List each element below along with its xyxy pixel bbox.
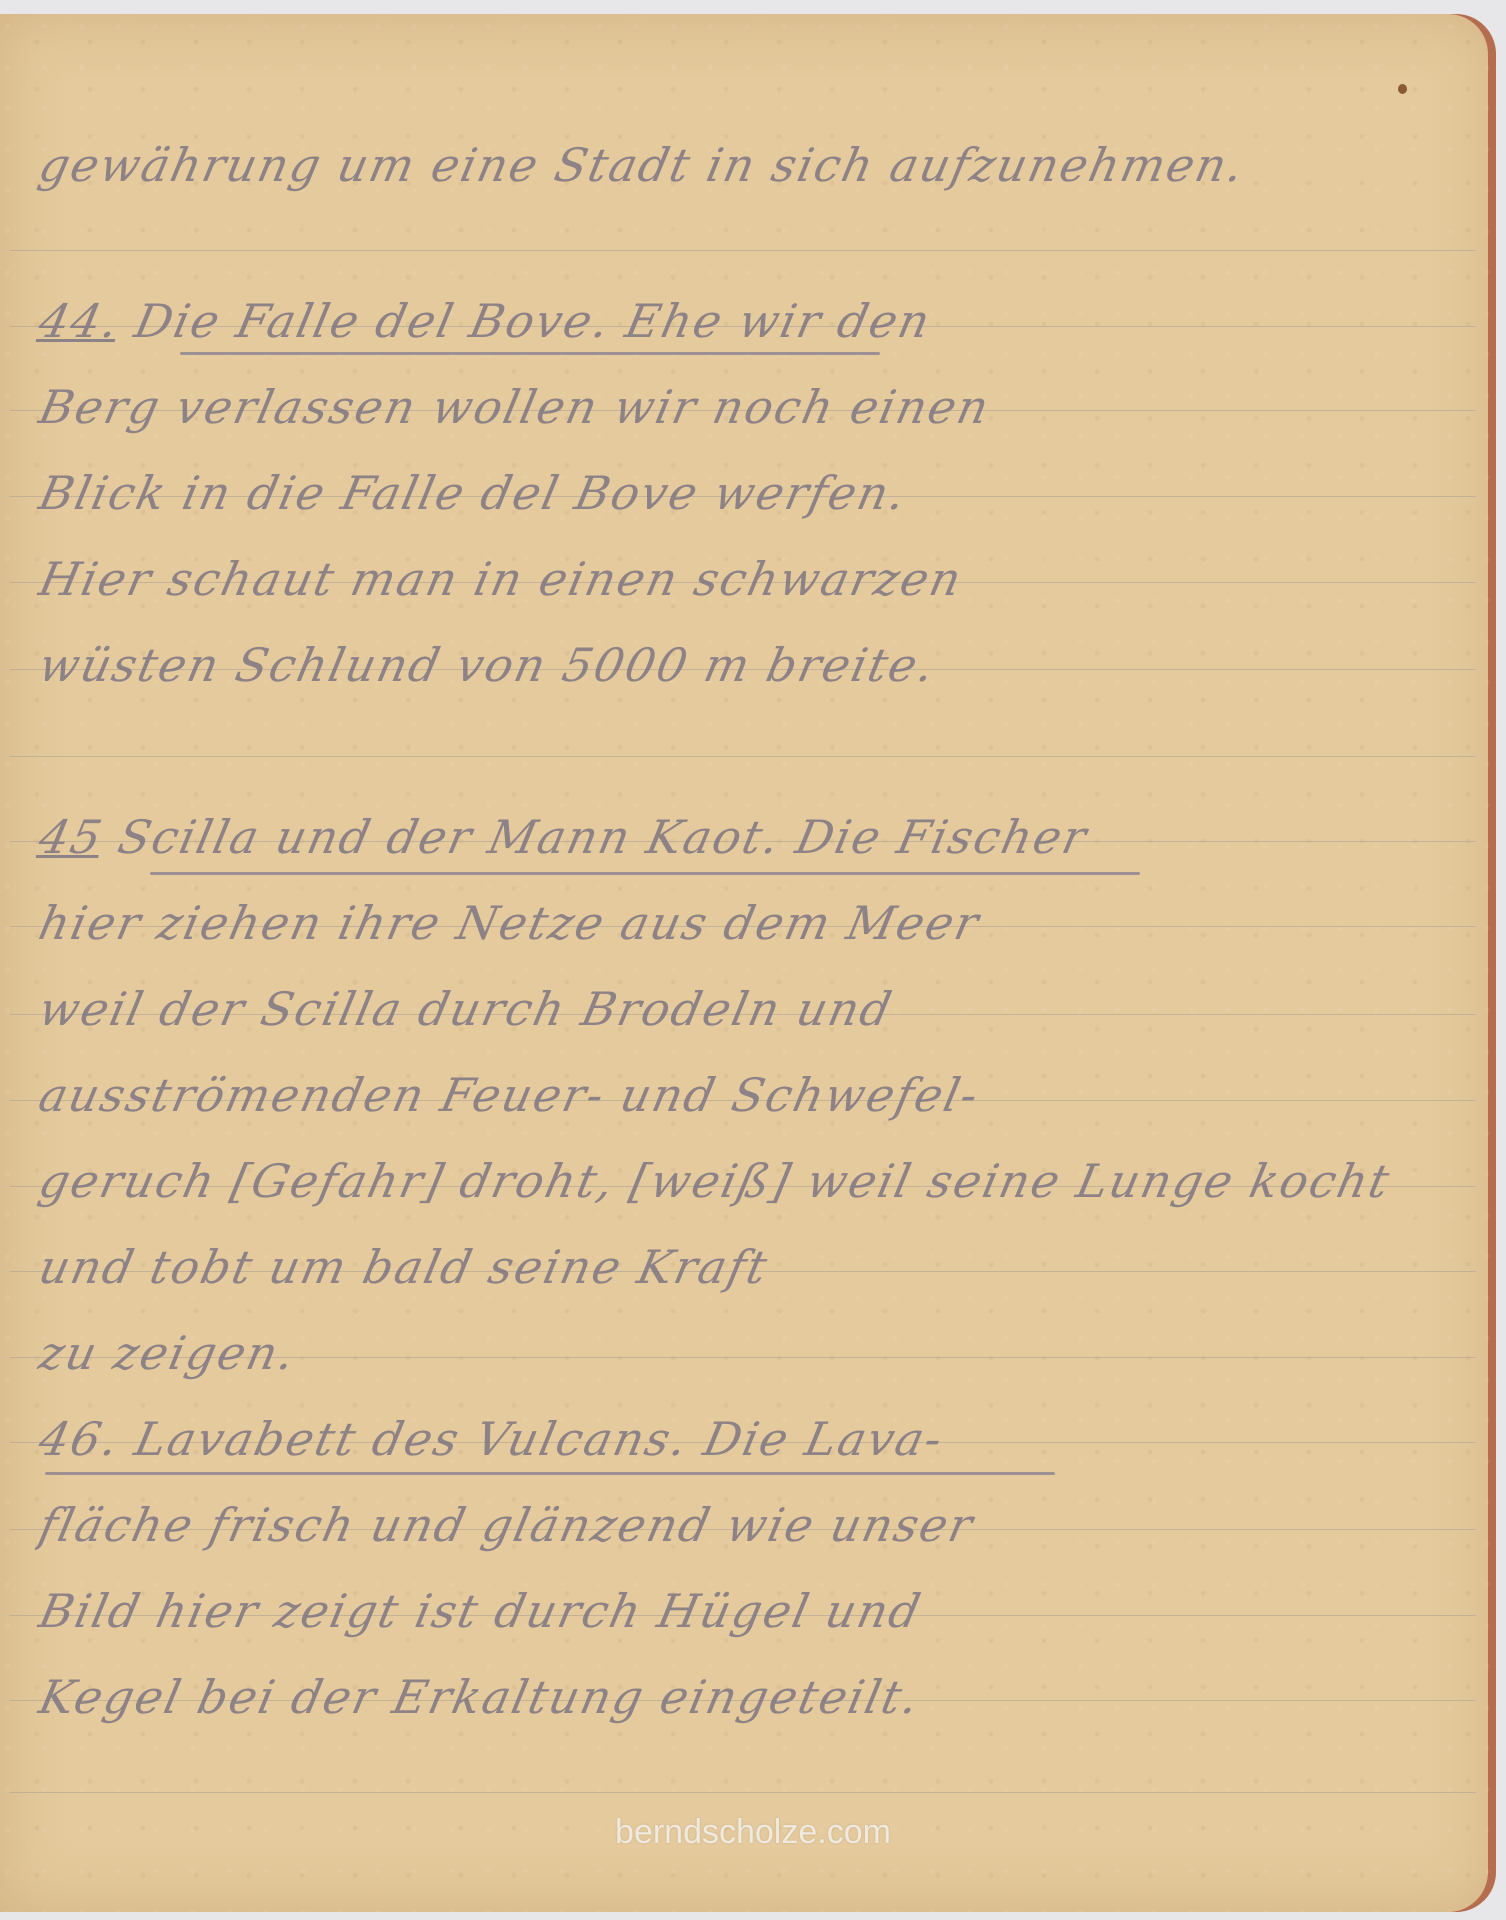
heading-text: Die Lava- bbox=[699, 1412, 949, 1466]
handwritten-line: hier ziehen ihre Netze aus dem Meer bbox=[34, 896, 1461, 950]
heading-number: 44. bbox=[34, 294, 125, 348]
handwritten-line: Bild hier zeigt ist durch Hügel und bbox=[34, 1584, 1461, 1638]
heading-text: Ehe wir den bbox=[621, 294, 937, 348]
handwritten-line: Berg verlassen wollen wir noch einen bbox=[34, 380, 1461, 434]
handwritten-line: Hier schaut man in einen schwarzen bbox=[34, 552, 1461, 606]
handwritten-line: ausströmenden Feuer- und Schwefel- bbox=[34, 1068, 1461, 1122]
handwritten-line: wüsten Schlund von 5000 m breite. bbox=[34, 638, 1461, 692]
ink-spot bbox=[1398, 84, 1407, 94]
notebook-page: gewährung um eine Stadt in sich aufzuneh… bbox=[0, 14, 1496, 1912]
heading-title: Lavabett des Vulcans. bbox=[130, 1412, 694, 1466]
watermark: berndscholze.com bbox=[0, 1813, 1506, 1852]
heading-44: 44. Die Falle del Bove. Ehe wir den bbox=[34, 294, 1461, 348]
ruled-line bbox=[10, 1792, 1476, 1793]
heading-46: 46. Lavabett des Vulcans. Die Lava- bbox=[34, 1412, 1461, 1466]
heading-title: Die Falle del Bove. bbox=[130, 294, 616, 348]
heading-45: 45 Scilla und der Mann Kaot. Die Fischer bbox=[34, 810, 1461, 864]
ruled-line bbox=[10, 756, 1476, 757]
heading-underline bbox=[45, 1472, 1055, 1475]
handwritten-line: Kegel bei der Erkaltung eingeteilt. bbox=[34, 1670, 1461, 1724]
heading-number: 46. bbox=[34, 1412, 125, 1466]
handwritten-line: Blick in die Falle del Bove werfen. bbox=[34, 466, 1461, 520]
handwritten-line: gewährung um eine Stadt in sich aufzuneh… bbox=[34, 138, 1461, 192]
heading-underline bbox=[180, 352, 880, 355]
heading-text: Die Fischer bbox=[791, 810, 1093, 864]
handwritten-line: fläche frisch und glänzend wie unser bbox=[34, 1498, 1461, 1552]
handwritten-line: geruch [Gefahr] droht, [weiß] weil seine… bbox=[34, 1154, 1461, 1208]
heading-title: Scilla und der Mann Kaot. bbox=[113, 810, 786, 864]
handwritten-line: weil der Scilla durch Brodeln und bbox=[34, 982, 1461, 1036]
handwritten-line: und tobt um bald seine Kraft bbox=[34, 1240, 1461, 1294]
handwritten-line: zu zeigen. bbox=[34, 1326, 1461, 1380]
ruled-line bbox=[10, 250, 1476, 251]
heading-number: 45 bbox=[34, 810, 108, 864]
heading-underline bbox=[150, 872, 1140, 875]
